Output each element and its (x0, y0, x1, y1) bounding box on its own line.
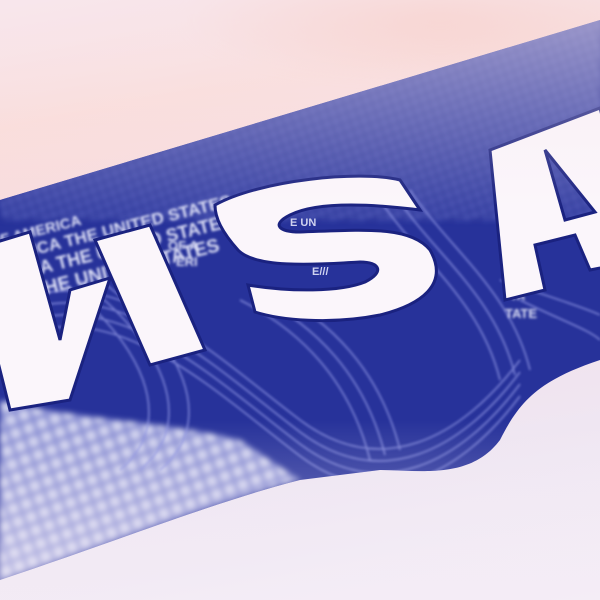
microprint-in-s: E UN (290, 217, 316, 229)
visa-print-band: OF AMERICA AMERICA THE UNITED STATES MER… (0, 0, 600, 600)
microprint-line: OF A (168, 238, 199, 253)
microprint-line: TATE (505, 306, 537, 321)
microprint-in-s: E/// (312, 266, 329, 278)
microprint-line: ERI (176, 254, 198, 269)
visa-photo: OF AMERICA AMERICA THE UNITED STATES MER… (0, 0, 600, 600)
